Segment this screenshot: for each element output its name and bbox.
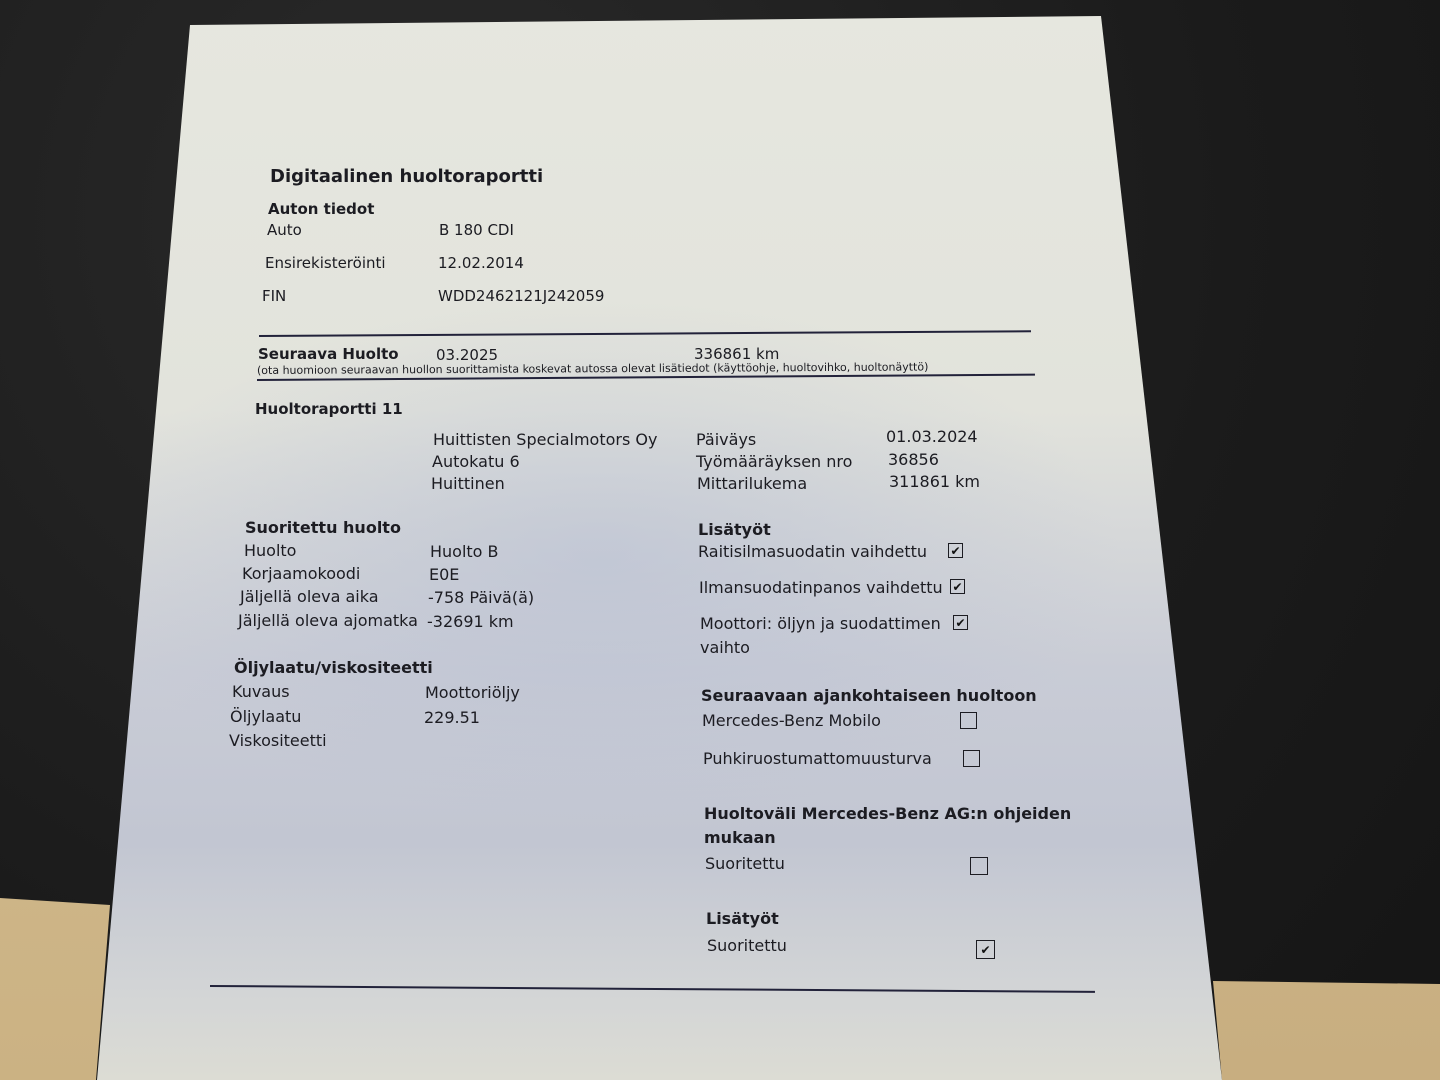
first-registration-value: 12.02.2014 xyxy=(438,254,524,272)
workshop-street: Autokatu 6 xyxy=(432,452,520,471)
checkbox-mobilo[interactable] xyxy=(960,712,977,729)
interval-heading-cont: mukaan xyxy=(704,828,776,847)
checkbox-oil-change[interactable] xyxy=(953,615,968,630)
additional-work-item-label: Moottori: öljyn ja suodattimen xyxy=(700,614,941,633)
workshop-code-value: E0E xyxy=(429,565,459,584)
car-value: B 180 CDI xyxy=(439,221,514,239)
extra-work-heading: Lisätyöt xyxy=(706,909,779,928)
car-info-heading: Auton tiedot xyxy=(268,200,374,218)
additional-work-item-label: Raitisilmasuodatin vaihdettu xyxy=(698,542,927,561)
work-order-label: Työmääräyksen nro xyxy=(696,452,852,471)
oil-grade-value: 229.51 xyxy=(424,708,480,727)
checkbox-interval-done[interactable] xyxy=(970,857,988,875)
remaining-distance-label: Jäljellä oleva ajomatka xyxy=(238,611,418,630)
additional-work-item-label: Ilmansuodatinpanos vaihdettu xyxy=(699,578,943,597)
checkbox-rust-protection[interactable] xyxy=(963,750,980,767)
workshop-code-label: Korjaamokoodi xyxy=(242,564,360,583)
rust-protection-label: Puhkiruostumattomuusturva xyxy=(703,749,932,768)
service-value: Huolto B xyxy=(430,542,499,561)
next-service-mileage: 336861 km xyxy=(694,345,779,363)
oil-description-label: Kuvaus xyxy=(232,682,290,701)
report-heading: Huoltoraportti 11 xyxy=(255,400,403,418)
remaining-distance-value: -32691 km xyxy=(427,612,514,631)
interval-heading: Huoltoväli Mercedes-Benz AG:n ohjeiden xyxy=(704,804,1071,823)
viscosity-label: Viskositeetti xyxy=(229,731,327,750)
extra-work-done-label: Suoritettu xyxy=(707,936,787,955)
next-current-service-heading: Seuraavaan ajankohtaiseen huoltoon xyxy=(701,686,1037,705)
performed-service-heading: Suoritettu huolto xyxy=(245,518,401,537)
document-title: Digitaalinen huoltoraportti xyxy=(270,166,543,187)
fin-value: WDD2462121J242059 xyxy=(438,287,604,305)
odometer-label: Mittarilukema xyxy=(697,474,807,493)
interval-done-label: Suoritettu xyxy=(705,854,785,873)
fin-label: FIN xyxy=(262,287,286,305)
workshop-name: Huittisten Specialmotors Oy xyxy=(433,430,657,449)
checkbox-air-filter[interactable] xyxy=(950,579,965,594)
next-service-date: 03.2025 xyxy=(436,346,498,364)
oil-description-value: Moottoriöljy xyxy=(425,683,520,702)
mobilo-label: Mercedes-Benz Mobilo xyxy=(702,711,881,730)
remaining-time-value: -758 Päivä(ä) xyxy=(428,588,534,607)
checkbox-cabin-filter[interactable] xyxy=(948,543,963,558)
work-order-value: 36856 xyxy=(888,450,939,469)
service-label: Huolto xyxy=(244,541,296,560)
workshop-city: Huittinen xyxy=(431,474,505,493)
additional-work-heading: Lisätyöt xyxy=(698,520,771,539)
first-registration-label: Ensirekisteröinti xyxy=(265,254,386,272)
date-value: 01.03.2024 xyxy=(886,427,978,446)
oil-heading: Öljylaatu/viskositeetti xyxy=(234,658,433,677)
additional-work-item-label-cont: vaihto xyxy=(700,638,750,657)
car-label: Auto xyxy=(267,221,302,239)
remaining-time-label: Jäljellä oleva aika xyxy=(240,587,379,606)
checkbox-extra-work-done[interactable] xyxy=(976,940,995,959)
oil-grade-label: Öljylaatu xyxy=(230,707,301,726)
date-label: Päiväys xyxy=(696,430,756,449)
odometer-value: 311861 km xyxy=(889,472,980,491)
next-service-label: Seuraava Huolto xyxy=(258,345,399,363)
